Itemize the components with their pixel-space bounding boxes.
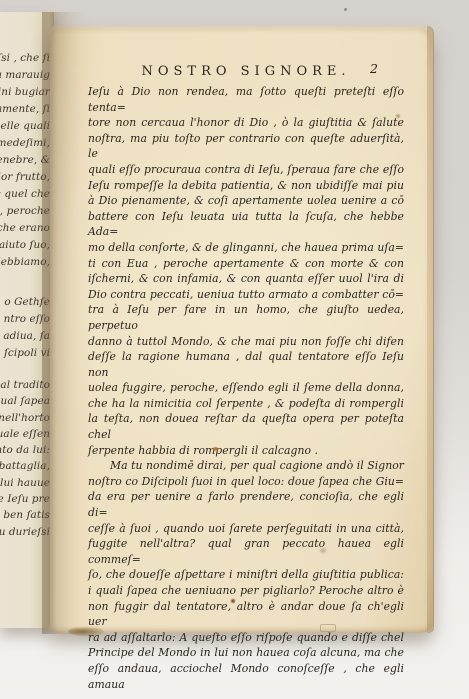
left-page-fragment: & aiuto ſuo, — [0, 237, 50, 254]
left-page-fragment: dal tradito — [0, 377, 50, 393]
text-line: uolea fuggire, peroche, eſſendo egli il … — [88, 380, 404, 396]
left-page-fragment: fu marauig — [0, 67, 50, 84]
left-page-fragment: quale eſſen — [0, 426, 50, 442]
text-line: ti con Eua , peroche apertamente & con m… — [88, 256, 404, 272]
left-page-fragment-group: dal tradito l qual ſapea ia nell'horto q… — [0, 377, 50, 540]
text-line: non fuggir dal tentatore, altro è andar … — [88, 599, 404, 630]
page-text-block: NOSTRO SIGNORE. 2 Ieſu à Dio non rendea,… — [88, 60, 404, 692]
text-line: che ha la nimicitia col ſerpente , & pod… — [88, 396, 404, 412]
text-line: ra ad aſſaltarlo: A queſto eſſo riſpoſe … — [88, 630, 404, 646]
body-text: Ieſu à Dio non rendea, ma ſotto queſti p… — [88, 84, 404, 692]
left-page-edge: ſteſsi , che ſi fu marauig mini bugiar r… — [0, 12, 54, 628]
left-page-fragment: ra ben ſatis — [0, 507, 50, 523]
left-page-fragment: he Ieſu pre — [0, 491, 50, 507]
left-page-fragment: adiua, ſa — [0, 328, 50, 345]
left-page-fragment: a battaglia, — [0, 458, 50, 474]
left-page-fragment: di lui hauue — [0, 475, 50, 491]
text-line: iſcherni, & con infamia, & con quanta eſ… — [88, 271, 404, 287]
book-photo: ſteſsi , che ſi fu marauig mini bugiar r… — [0, 0, 469, 699]
left-page-fragment: tenebre, & — [0, 152, 50, 169]
text-line: i quali ſapea che ueniuano per pigliarlo… — [88, 583, 404, 599]
page-header-row: NOSTRO SIGNORE. 2 — [88, 60, 404, 80]
text-line: noſtro co Diſcipoli ſuoi in quel loco: d… — [88, 474, 404, 490]
text-line: tore non cercaua l'honor di Dio , ò la g… — [88, 115, 404, 131]
left-page-fragment: ſcipoli vi — [0, 345, 50, 362]
left-page-fragment: nte quel che — [0, 186, 50, 203]
text-line: danno à tuttol Mondo, & che mai piu non … — [88, 334, 404, 350]
text-line: eſſo andaua, acciochel Mondo conoſceſſe … — [88, 661, 404, 692]
left-page-fragment: ro, peroche — [0, 203, 50, 220]
text-line: ſo, che doueſſe aſpettare i miniſtri del… — [88, 567, 404, 583]
text-line: battere con Ieſu leuata uia tutta la ſcu… — [88, 209, 404, 240]
left-page-fragment: uinto da lui: — [0, 442, 50, 458]
left-page-fragment: o Gethſe — [0, 294, 50, 311]
left-page-fragment: i medeſimi, — [0, 135, 50, 152]
text-line: fuggite nell'altra? qual gran peccato ha… — [88, 536, 404, 567]
left-page-fragment: mini bugiar — [0, 84, 50, 101]
text-line: Dio contra peccati, ueniua tutto armato … — [88, 287, 404, 303]
text-line: mo della conſorte, & de glinganni, che h… — [88, 240, 404, 256]
dust-speck — [344, 8, 347, 11]
left-page-fragment: ntro eſſo — [0, 311, 50, 328]
book-page: NOSTRO SIGNORE. 2 Ieſu à Dio non rendea,… — [50, 26, 434, 633]
text-line: ceſſe à ſuoi , quando uoi ſarete perſegu… — [88, 521, 404, 537]
left-page-fragment-group: ſteſsi , che ſi fu marauig mini bugiar r… — [0, 50, 50, 271]
text-line: la teſta, non douea reſtar da queſta ope… — [88, 411, 404, 442]
text-line: Ieſu à Dio non rendea, ma ſotto queſti p… — [88, 84, 404, 115]
page-number: 2 — [370, 61, 378, 76]
text-line: Ieſu rompeſſe la debita patientia, & non… — [88, 178, 404, 194]
running-header: NOSTRO SIGNORE. — [141, 64, 350, 79]
text-line: Principe del Mondo in lui non hauea coſa… — [88, 645, 404, 661]
left-page-fragment: el che erano — [0, 220, 50, 237]
left-page-fragment: ſteſsi , che ſi — [0, 50, 50, 67]
text-line: deſſe la ragione humana , dal qual tenta… — [88, 349, 404, 380]
left-page-fragment: gior frutto, — [0, 169, 50, 186]
text-line: quali eſſo procuraua contra di Ieſu, ſpe… — [88, 162, 404, 178]
text-line: à Dio pienamente, & coſi apertamente uol… — [88, 193, 404, 209]
left-page-fragment: a delle quali — [0, 118, 50, 135]
text-line: Ma tu nondimē dirai, per qual cagione an… — [88, 458, 404, 474]
left-page-fragment: l qual ſapea — [0, 393, 50, 409]
left-page-fragment: ia nell'horto — [0, 410, 50, 426]
left-page-fragment-group: o Gethſe ntro eſſo adiua, ſa ſcipoli vi — [0, 294, 50, 362]
text-line: ſerpente habbia di rompergli il calcagno… — [88, 443, 404, 459]
text-line: tra à Ieſu per fare in un homo, che giuſ… — [88, 302, 404, 333]
left-page-fragment: i debbiamo, — [0, 254, 50, 271]
text-line: da era per uenire a farlo prendere, conc… — [88, 489, 404, 520]
page-fore-edge — [427, 26, 434, 633]
left-page-fragment: ramente, ſi — [0, 101, 50, 118]
text-line: noſtra, ma piu toſto per contrario con q… — [88, 131, 404, 162]
left-page-fragment: iu durieſsi — [0, 524, 50, 540]
